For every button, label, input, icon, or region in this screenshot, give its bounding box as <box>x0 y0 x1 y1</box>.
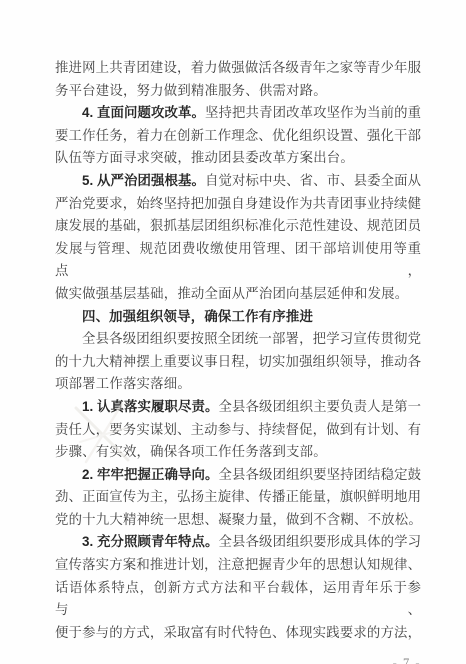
text-segment: 步骤、有实效，确保各项工作任务落到支部。 <box>55 444 327 459</box>
text-line: 务平台建设，努力做到精准服务、供需对路。 <box>55 80 421 103</box>
text-line: 劲、正面宣传为主，弘扬主旋律、传播正能量，旗帜鲜明地用 <box>55 486 421 509</box>
text-line: 发展与管理、规范团费收缴使用管理、团干部培训使用等重点， <box>55 238 421 283</box>
emphasis-segment: 1. 认真落实履职尽责。 <box>82 399 219 414</box>
emphasis-segment: 2. 牢牢把握正确导向。 <box>82 467 219 482</box>
text-line: 话语体系特点，创新方式方法和平台载体，运用青年乐于参与、 <box>55 577 421 622</box>
text-segment: 自觉对标中央、省、市、县委全面从 <box>205 173 421 188</box>
text-line: 全县各级团组织要按照全团统一部署，把学习宣传贯彻党 <box>55 328 421 351</box>
text-line: 做实做强基层基础，推动全面从严治团向基层延伸和发展。 <box>55 283 421 306</box>
text-line: 推进网上共青团建设，着力做强做活各级青年之家等青少年服 <box>55 57 421 80</box>
text-line: 党的十九大精神统一思想、凝聚力量，做到不含糊、不放松。 <box>55 509 421 532</box>
emphasis-segment: 4. 直面问题攻改革。 <box>82 105 205 120</box>
text-line: 四、加强组织领导，确保工作有序推进 <box>55 306 421 329</box>
emphasis-segment: 5. 从严治团强根基。 <box>82 173 205 188</box>
scanned-document-page: 推进网上共青团建设，着力做强做活各级青年之家等青少年服务平台建设，努力做到精准服… <box>0 0 466 664</box>
text-segment: 队伍等方面寻求突破，推动团县委改革方案出台。 <box>55 150 354 165</box>
text-segment: 务平台建设，努力做到精准服务、供需对路。 <box>55 83 327 98</box>
text-segment: 严治党要求，始终坚持把加强自身建设作为共青团事业持续健 <box>55 196 421 211</box>
text-line: 5. 从严治团强根基。自觉对标中央、省、市、县委全面从 <box>55 170 421 193</box>
text-segment: 发展与管理、规范团费收缴使用管理、团干部培训使用等重点， <box>55 241 421 279</box>
text-line: 康发展的基础，狠抓基层团组织标准化示范性建设、规范团员 <box>55 215 421 238</box>
document-body: 推进网上共青团建设，着力做强做活各级青年之家等青少年服务平台建设，努力做到精准服… <box>55 57 421 644</box>
text-segment: 全县各级团组织要坚持团结稳定鼓 <box>219 467 421 482</box>
page-number: - 7 - <box>55 656 421 664</box>
text-segment: 推进网上共青团建设，着力做强做活各级青年之家等青少年服 <box>55 60 421 75</box>
text-segment: 要工作任务，着力在创新工作理念、优化组织设置、强化干部 <box>55 128 421 143</box>
text-segment: 便于参与的方式，采取富有时代特色、体现实践要求的方法， <box>55 625 421 640</box>
emphasis-segment: 四、加强组织领导，确保工作有序推进 <box>82 309 313 324</box>
text-line: 2. 牢牢把握正确导向。全县各级团组织要坚持团结稳定鼓 <box>55 464 421 487</box>
text-line: 宣传落实方案和推进计划，注意把握青少年的思想认知规律、 <box>55 554 421 577</box>
text-segment: 做实做强基层基础，推动全面从严治团向基层延伸和发展。 <box>55 286 408 301</box>
text-segment: 的十九大精神摆上重要议事日程，切实加强组织领导，推动各 <box>55 354 421 369</box>
text-line: 的十九大精神摆上重要议事日程，切实加强组织领导，推动各 <box>55 351 421 374</box>
text-segment: 劲、正面宣传为主，弘扬主旋律、传播正能量，旗帜鲜明地用 <box>55 489 421 504</box>
text-segment: 项部署工作落实落细。 <box>55 376 191 391</box>
text-line: 1. 认真落实履职尽责。全县各级团组织主要负责人是第一 <box>55 396 421 419</box>
text-segment: 坚持把共青团改革攻坚作为当前的重 <box>205 105 421 120</box>
text-segment: 党的十九大精神统一思想、凝聚力量，做到不含糊、不放松。 <box>55 512 422 527</box>
text-segment: 全县各级团组织要形成具体的学习 <box>219 534 421 549</box>
text-line: 责任人，要务实谋划、主动参与、持续督促，做到有计划、有 <box>55 419 421 442</box>
text-line: 严治党要求，始终坚持把加强自身建设作为共青团事业持续健 <box>55 193 421 216</box>
text-line: 要工作任务，着力在创新工作理念、优化组织设置、强化干部 <box>55 125 421 148</box>
text-line: 步骤、有实效，确保各项工作任务落到支部。 <box>55 441 421 464</box>
text-line: 项部署工作落实落细。 <box>55 373 421 396</box>
text-segment: 宣传落实方案和推进计划，注意把握青少年的思想认知规律、 <box>55 557 421 572</box>
text-line: 3. 充分照顾青年特点。全县各级团组织要形成具体的学习 <box>55 531 421 554</box>
text-segment: 全县各级团组织要按照全团统一部署，把学习宣传贯彻党 <box>82 331 421 346</box>
text-line: 队伍等方面寻求突破，推动团县委改革方案出台。 <box>55 147 421 170</box>
text-segment: 责任人，要务实谋划、主动参与、持续督促，做到有计划、有 <box>55 422 421 437</box>
text-line: 4. 直面问题攻改革。坚持把共青团改革攻坚作为当前的重 <box>55 102 421 125</box>
text-segment: 全县各级团组织主要负责人是第一 <box>219 399 421 414</box>
text-line: 便于参与的方式，采取富有时代特色、体现实践要求的方法， <box>55 622 421 645</box>
text-segment: 康发展的基础，狠抓基层团组织标准化示范性建设、规范团员 <box>55 218 421 233</box>
text-segment: 话语体系特点，创新方式方法和平台载体，运用青年乐于参与、 <box>55 580 421 618</box>
emphasis-segment: 3. 充分照顾青年特点。 <box>82 534 219 549</box>
